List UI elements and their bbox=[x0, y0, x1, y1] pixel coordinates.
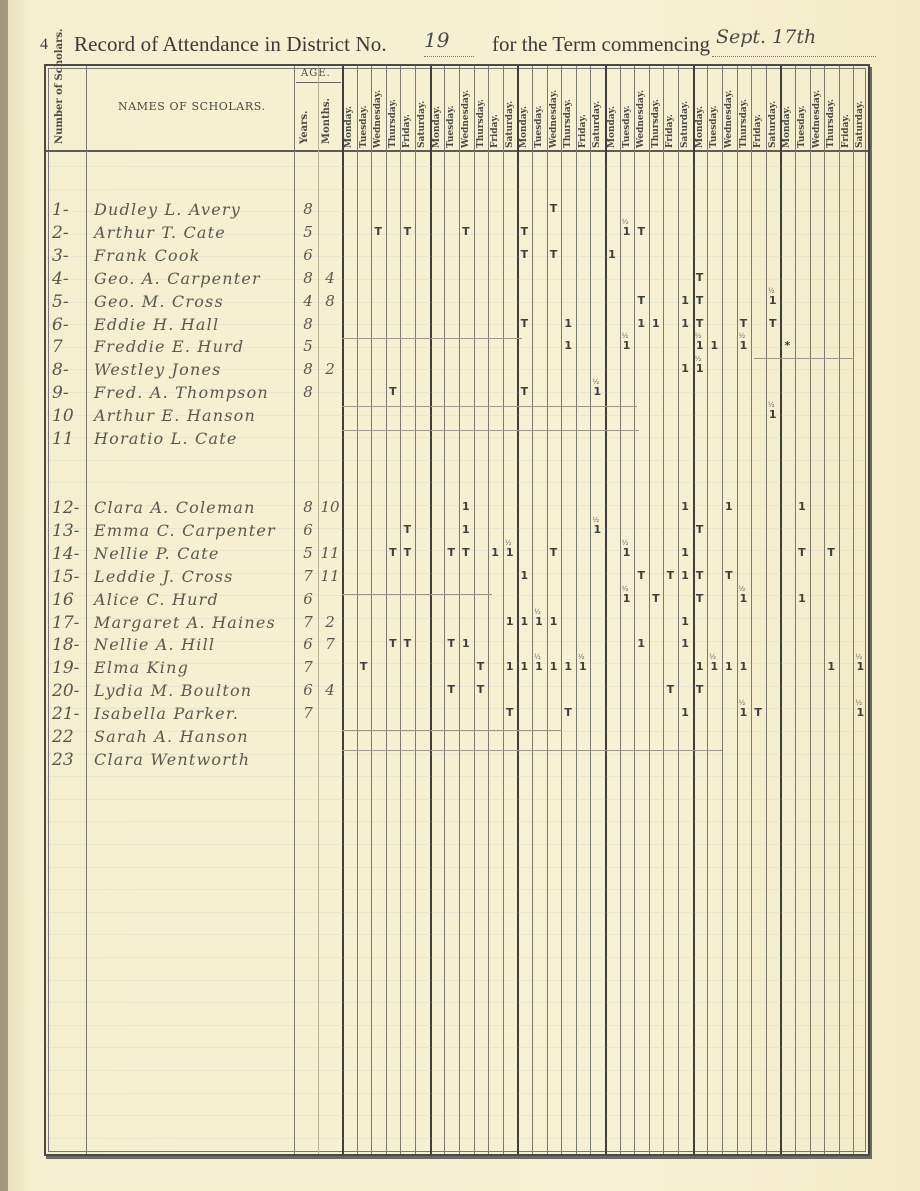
scholar-name: Eddie H. Hall bbox=[94, 315, 219, 334]
day-rule bbox=[678, 66, 679, 1154]
tardy-mark: T bbox=[517, 225, 531, 238]
tardy-mark: T bbox=[444, 546, 458, 559]
age-years: 8 bbox=[298, 200, 318, 218]
scholar-name: Westley Jones bbox=[94, 360, 222, 379]
absence-mark: 1½ bbox=[766, 408, 780, 421]
day-header-wednesday: Wednesday. bbox=[548, 70, 560, 148]
age-years: 6 bbox=[298, 635, 318, 653]
years-column-rule bbox=[318, 66, 319, 1154]
absence-mark: 1 bbox=[517, 660, 531, 673]
page-header: 4 Record of Attendance in District No. 1… bbox=[40, 30, 870, 64]
day-rule bbox=[561, 66, 562, 1154]
absence-mark: * bbox=[780, 339, 794, 352]
day-header-saturday: Saturday. bbox=[504, 70, 516, 148]
tardy-mark: T bbox=[547, 546, 561, 559]
pencil-rule bbox=[754, 358, 854, 359]
months-header: Months. bbox=[321, 90, 332, 144]
scholar-number: 9- bbox=[52, 383, 88, 403]
tardy-mark: T bbox=[693, 683, 707, 696]
scholar-number: 6- bbox=[52, 315, 88, 335]
age-months: 2 bbox=[320, 613, 340, 631]
absence-mark: 1½ bbox=[590, 523, 604, 536]
scholar-number: 10 bbox=[52, 406, 88, 426]
scholar-number: 5- bbox=[52, 292, 88, 312]
half-day-note: ½ bbox=[622, 539, 629, 547]
attendance-table: Number of Scholars. NAMES OF SCHOLARS. A… bbox=[44, 64, 870, 1156]
age-years: 7 bbox=[298, 658, 318, 676]
faint-grid-line bbox=[46, 482, 868, 483]
day-rule bbox=[707, 66, 708, 1154]
day-rule bbox=[737, 66, 738, 1154]
age-months: 8 bbox=[320, 292, 340, 310]
day-header-saturday: Saturday. bbox=[416, 70, 428, 148]
scholar-name: Leddie J. Cross bbox=[94, 567, 234, 586]
day-rule bbox=[547, 66, 548, 1154]
absence-mark: 1 bbox=[605, 248, 619, 261]
page-binding-shadow bbox=[0, 0, 8, 1191]
absence-mark: 1 bbox=[678, 706, 692, 719]
half-day-note: ½ bbox=[695, 332, 702, 340]
pencil-rule bbox=[342, 430, 639, 431]
day-rule bbox=[488, 66, 489, 1154]
age-years: 8 bbox=[298, 498, 318, 516]
absence-mark: 1 bbox=[488, 546, 502, 559]
scholar-name: Isabella Parker. bbox=[94, 704, 239, 723]
day-header-tuesday: Tuesday. bbox=[533, 70, 545, 148]
day-rule bbox=[415, 66, 416, 1154]
tardy-mark: T bbox=[766, 317, 780, 330]
faint-grid-line bbox=[46, 980, 868, 981]
scholar-number: 4- bbox=[52, 269, 88, 289]
day-header-monday: Monday. bbox=[518, 70, 530, 148]
scholar-name: Margaret A. Haines bbox=[94, 613, 276, 632]
day-header-thursday: Thursday. bbox=[387, 70, 399, 148]
day-rule bbox=[663, 66, 664, 1154]
day-header-saturday: Saturday. bbox=[591, 70, 603, 148]
page-number: 4 bbox=[40, 36, 48, 54]
tardy-mark: T bbox=[751, 706, 765, 719]
scholar-number: 7 bbox=[52, 337, 88, 357]
absence-mark: 1 bbox=[795, 500, 809, 513]
half-day-note: ½ bbox=[739, 332, 746, 340]
age-years: 6 bbox=[298, 521, 318, 539]
scholar-number: 13- bbox=[52, 521, 88, 541]
tardy-mark: T bbox=[400, 637, 414, 650]
absence-mark: 1½ bbox=[707, 660, 721, 673]
age-months: 10 bbox=[320, 498, 340, 516]
day-header-thursday: Thursday. bbox=[738, 70, 750, 148]
page-title: Record of Attendance in District No. bbox=[74, 32, 387, 57]
absence-mark: 1 bbox=[517, 615, 531, 628]
absence-mark: 1 bbox=[678, 615, 692, 628]
absence-mark: 1 bbox=[795, 592, 809, 605]
day-rule bbox=[649, 66, 650, 1154]
absence-mark: 1 bbox=[517, 569, 531, 582]
absence-mark: 1 bbox=[678, 637, 692, 650]
faint-grid-line bbox=[46, 844, 868, 845]
faint-grid-line bbox=[46, 1070, 868, 1071]
half-day-note: ½ bbox=[768, 287, 775, 295]
day-header-friday: Friday. bbox=[401, 70, 413, 148]
tardy-mark: T bbox=[634, 225, 648, 238]
absence-mark: 1½ bbox=[590, 385, 604, 398]
scholar-number: 21- bbox=[52, 704, 88, 724]
scholar-name: Frank Cook bbox=[94, 246, 201, 265]
scholar-name: Clara Wentworth bbox=[94, 750, 250, 769]
tardy-mark: T bbox=[737, 317, 751, 330]
half-day-note: ½ bbox=[534, 608, 541, 616]
day-rule bbox=[810, 66, 811, 1154]
tardy-mark: T bbox=[474, 660, 488, 673]
scholar-name: Nellie A. Hill bbox=[94, 635, 215, 654]
tardy-mark: T bbox=[400, 523, 414, 536]
age-years: 6 bbox=[298, 681, 318, 699]
half-day-note: ½ bbox=[855, 699, 862, 707]
absence-mark: 1½ bbox=[620, 339, 634, 352]
scholar-number: 14- bbox=[52, 544, 88, 564]
week-rule bbox=[430, 66, 432, 1154]
day-header-monday: Monday. bbox=[694, 70, 706, 148]
header-rule bbox=[46, 150, 868, 152]
absence-mark: 1½ bbox=[853, 660, 867, 673]
tardy-mark: T bbox=[663, 569, 677, 582]
faint-grid-line bbox=[46, 460, 868, 461]
day-header-tuesday: Tuesday. bbox=[358, 70, 370, 148]
day-rule bbox=[795, 66, 796, 1154]
day-rule bbox=[357, 66, 358, 1154]
tardy-mark: T bbox=[386, 546, 400, 559]
day-header-thursday: Thursday. bbox=[825, 70, 837, 148]
age-years: 6 bbox=[298, 590, 318, 608]
half-day-note: ½ bbox=[622, 585, 629, 593]
scholar-name: Sarah A. Hanson bbox=[94, 727, 249, 746]
absence-mark: 1 bbox=[737, 660, 751, 673]
names-column-rule bbox=[294, 66, 295, 1154]
day-header-saturday: Saturday. bbox=[854, 70, 866, 148]
age-years: 8 bbox=[298, 383, 318, 401]
tardy-mark: T bbox=[357, 660, 371, 673]
faint-grid-line bbox=[46, 1138, 868, 1139]
scholar-name: Clara A. Coleman bbox=[94, 498, 256, 517]
tardy-mark: T bbox=[444, 637, 458, 650]
day-header-friday: Friday. bbox=[664, 70, 676, 148]
day-header-saturday: Saturday. bbox=[679, 70, 691, 148]
absence-mark: 1½ bbox=[766, 294, 780, 307]
tardy-mark: T bbox=[634, 294, 648, 307]
scholar-name: Arthur E. Hanson bbox=[94, 406, 256, 425]
day-header-friday: Friday. bbox=[752, 70, 764, 148]
absence-mark: 1 bbox=[678, 546, 692, 559]
absence-mark: 1½ bbox=[737, 706, 751, 719]
day-header-tuesday: Tuesday. bbox=[708, 70, 720, 148]
absence-mark: 1 bbox=[561, 660, 575, 673]
scholar-number: 1- bbox=[52, 200, 88, 220]
faint-grid-line bbox=[46, 776, 868, 777]
faint-grid-line bbox=[46, 1025, 868, 1026]
scholar-number: 20- bbox=[52, 681, 88, 701]
absence-mark: 1½ bbox=[853, 706, 867, 719]
age-years: 4 bbox=[298, 292, 318, 310]
tardy-mark: T bbox=[693, 569, 707, 582]
scholar-number: 8- bbox=[52, 360, 88, 380]
absence-mark: 1 bbox=[503, 660, 517, 673]
tardy-mark: T bbox=[693, 523, 707, 536]
absence-mark: 1 bbox=[678, 362, 692, 375]
half-day-note: ½ bbox=[578, 653, 585, 661]
day-header-friday: Friday. bbox=[840, 70, 852, 148]
day-rule bbox=[853, 66, 854, 1154]
faint-grid-line bbox=[46, 799, 868, 800]
scholar-number: 17- bbox=[52, 613, 88, 633]
absence-mark: 1 bbox=[707, 339, 721, 352]
week-rule bbox=[342, 66, 344, 1154]
scholar-name: Elma King bbox=[94, 658, 189, 677]
faint-grid-line bbox=[46, 957, 868, 958]
term-start-field: Sept. 17th bbox=[712, 26, 876, 57]
faint-grid-line bbox=[46, 934, 868, 935]
faint-grid-line bbox=[46, 189, 868, 190]
absence-mark: 1 bbox=[678, 294, 692, 307]
pencil-rule bbox=[342, 338, 522, 339]
tardy-mark: T bbox=[474, 683, 488, 696]
faint-grid-line bbox=[46, 912, 868, 913]
day-rule bbox=[751, 66, 752, 1154]
age-years: 5 bbox=[298, 223, 318, 241]
faint-grid-line bbox=[46, 1093, 868, 1094]
tardy-mark: T bbox=[400, 225, 414, 238]
absence-mark: 1 bbox=[824, 660, 838, 673]
age-months: 11 bbox=[320, 567, 340, 585]
half-day-note: ½ bbox=[709, 653, 716, 661]
day-header-wednesday: Wednesday. bbox=[723, 70, 735, 148]
pencil-rule bbox=[342, 406, 637, 407]
day-rule bbox=[824, 66, 825, 1154]
absence-mark: 1 bbox=[561, 317, 575, 330]
week-rule bbox=[605, 66, 607, 1154]
day-rule bbox=[503, 66, 504, 1154]
tardy-mark: T bbox=[459, 225, 473, 238]
age-months: 11 bbox=[320, 544, 340, 562]
tardy-mark: T bbox=[824, 546, 838, 559]
tardy-mark: T bbox=[722, 569, 736, 582]
district-number-field: 19 bbox=[424, 28, 474, 57]
age-years: 8 bbox=[298, 360, 318, 378]
absence-mark: 1 bbox=[693, 660, 707, 673]
absence-mark: 1 bbox=[459, 637, 473, 650]
pencil-rule bbox=[342, 750, 722, 751]
scholar-name: Nellie P. Cate bbox=[94, 544, 220, 563]
faint-grid-line bbox=[46, 1115, 868, 1116]
tardy-mark: T bbox=[371, 225, 385, 238]
absence-mark: 1½ bbox=[620, 546, 634, 559]
tardy-mark: T bbox=[400, 546, 414, 559]
absence-mark: 1½ bbox=[693, 339, 707, 352]
day-header-wednesday: Wednesday. bbox=[811, 70, 823, 148]
scholar-number: 19- bbox=[52, 658, 88, 678]
day-header-monday: Monday. bbox=[606, 70, 618, 148]
half-day-note: ½ bbox=[855, 653, 862, 661]
years-header: Years. bbox=[299, 90, 310, 144]
scholar-number: 16 bbox=[52, 590, 88, 610]
age-years: 8 bbox=[298, 269, 318, 287]
day-header-monday: Monday. bbox=[343, 70, 355, 148]
day-header-wednesday: Wednesday. bbox=[635, 70, 647, 148]
week-rule bbox=[693, 66, 695, 1154]
absence-mark: 1½ bbox=[620, 592, 634, 605]
tardy-mark: T bbox=[459, 546, 473, 559]
faint-grid-line bbox=[46, 867, 868, 868]
day-header-thursday: Thursday. bbox=[475, 70, 487, 148]
scholar-name: Emma C. Carpenter bbox=[94, 521, 276, 540]
age-years: 6 bbox=[298, 246, 318, 264]
scholar-name: Arthur T. Cate bbox=[94, 223, 226, 242]
age-years: 5 bbox=[298, 337, 318, 355]
faint-grid-line bbox=[46, 821, 868, 822]
day-header-friday: Friday. bbox=[577, 70, 589, 148]
day-header-wednesday: Wednesday. bbox=[372, 70, 384, 148]
absence-mark: 1 bbox=[503, 615, 517, 628]
day-header-monday: Monday. bbox=[781, 70, 793, 148]
scholar-name: Lydia M. Boulton bbox=[94, 681, 252, 700]
age-months: 7 bbox=[320, 635, 340, 653]
absence-mark: 1 bbox=[722, 500, 736, 513]
day-header-friday: Friday. bbox=[489, 70, 501, 148]
day-rule bbox=[386, 66, 387, 1154]
absence-mark: 1 bbox=[722, 660, 736, 673]
day-rule bbox=[444, 66, 445, 1154]
day-header-thursday: Thursday. bbox=[650, 70, 662, 148]
scholar-number: 2- bbox=[52, 223, 88, 243]
faint-grid-line bbox=[46, 1002, 868, 1003]
absence-mark: 1½ bbox=[532, 660, 546, 673]
pencil-rule bbox=[342, 730, 562, 731]
day-header-tuesday: Tuesday. bbox=[445, 70, 457, 148]
absence-mark: 1½ bbox=[737, 339, 751, 352]
age-years: 7 bbox=[298, 567, 318, 585]
absence-mark: 1 bbox=[547, 615, 561, 628]
absence-mark: 1½ bbox=[620, 225, 634, 238]
week-rule bbox=[868, 66, 870, 1154]
absence-mark: 1 bbox=[459, 500, 473, 513]
tardy-mark: T bbox=[693, 317, 707, 330]
absence-mark: 1 bbox=[678, 317, 692, 330]
number-of-scholars-header: Number of Scholars. bbox=[54, 76, 65, 144]
tardy-mark: T bbox=[795, 546, 809, 559]
half-day-note: ½ bbox=[622, 218, 629, 226]
absence-mark: 1½ bbox=[576, 660, 590, 673]
tardy-mark: T bbox=[693, 271, 707, 284]
absence-mark: 1 bbox=[634, 637, 648, 650]
day-rule bbox=[722, 66, 723, 1154]
half-day-note: ½ bbox=[695, 355, 702, 363]
age-months: 4 bbox=[320, 681, 340, 699]
scholar-number: 22 bbox=[52, 727, 88, 747]
tardy-mark: T bbox=[634, 569, 648, 582]
day-header-saturday: Saturday. bbox=[767, 70, 779, 148]
absence-mark: 1 bbox=[547, 660, 561, 673]
scholar-number: 18- bbox=[52, 635, 88, 655]
age-months: 4 bbox=[320, 269, 340, 287]
age-years: 5 bbox=[298, 544, 318, 562]
names-header: NAMES OF SCHOLARS. bbox=[118, 100, 266, 113]
scholar-name: Dudley L. Avery bbox=[94, 200, 241, 219]
scholar-name: Horatio L. Cate bbox=[94, 429, 238, 448]
absence-mark: 1 bbox=[649, 317, 663, 330]
half-day-note: ½ bbox=[592, 378, 599, 386]
day-rule bbox=[766, 66, 767, 1154]
tardy-mark: T bbox=[693, 592, 707, 605]
scholar-number: 11 bbox=[52, 429, 88, 449]
scholar-name: Geo. A. Carpenter bbox=[94, 269, 261, 288]
scholar-number: 23 bbox=[52, 750, 88, 770]
absence-mark: 1 bbox=[459, 523, 473, 536]
half-day-note: ½ bbox=[739, 585, 746, 593]
scholar-number: 15- bbox=[52, 567, 88, 587]
absence-mark: 1½ bbox=[737, 592, 751, 605]
absence-mark: 1 bbox=[678, 500, 692, 513]
faint-grid-line bbox=[46, 166, 868, 167]
day-header-thursday: Thursday. bbox=[562, 70, 574, 148]
day-rule bbox=[590, 66, 591, 1154]
tardy-mark: T bbox=[517, 317, 531, 330]
day-header-tuesday: Tuesday. bbox=[796, 70, 808, 148]
half-day-note: ½ bbox=[768, 401, 775, 409]
tardy-mark: T bbox=[386, 385, 400, 398]
tardy-mark: T bbox=[547, 248, 561, 261]
absence-mark: 1½ bbox=[532, 615, 546, 628]
pencil-rule bbox=[342, 594, 492, 595]
scholar-name: Geo. M. Cross bbox=[94, 292, 224, 311]
tardy-mark: T bbox=[663, 683, 677, 696]
tardy-mark: T bbox=[693, 294, 707, 307]
absence-mark: 1 bbox=[561, 339, 575, 352]
tardy-mark: T bbox=[517, 385, 531, 398]
absence-mark: 1½ bbox=[693, 362, 707, 375]
tardy-mark: T bbox=[649, 592, 663, 605]
half-day-note: ½ bbox=[622, 332, 629, 340]
age-months: 2 bbox=[320, 360, 340, 378]
faint-grid-line bbox=[46, 1047, 868, 1048]
scholar-number: 12- bbox=[52, 498, 88, 518]
day-header-wednesday: Wednesday. bbox=[460, 70, 472, 148]
absence-mark: 1 bbox=[634, 317, 648, 330]
week-rule bbox=[780, 66, 782, 1154]
age-years: 8 bbox=[298, 315, 318, 333]
age-header: AGE. bbox=[301, 68, 331, 79]
age-years: 7 bbox=[298, 704, 318, 722]
term-label: for the Term commencing bbox=[492, 32, 710, 57]
day-header-monday: Monday. bbox=[431, 70, 443, 148]
day-rule bbox=[576, 66, 577, 1154]
absence-mark: 1 bbox=[678, 569, 692, 582]
half-day-note: ½ bbox=[739, 699, 746, 707]
day-rule bbox=[839, 66, 840, 1154]
half-day-note: ½ bbox=[505, 539, 512, 547]
age-years: 7 bbox=[298, 613, 318, 631]
tardy-mark: T bbox=[386, 637, 400, 650]
tardy-mark: T bbox=[547, 202, 561, 215]
faint-grid-line bbox=[46, 889, 868, 890]
scholar-name: Alice C. Hurd bbox=[94, 590, 219, 609]
absence-mark: 1½ bbox=[503, 546, 517, 559]
scholar-number: 3- bbox=[52, 246, 88, 266]
day-header-tuesday: Tuesday. bbox=[621, 70, 633, 148]
day-rule bbox=[532, 66, 533, 1154]
scholar-name: Freddie E. Hurd bbox=[94, 337, 244, 356]
day-rule bbox=[474, 66, 475, 1154]
tardy-mark: T bbox=[503, 706, 517, 719]
half-day-note: ½ bbox=[592, 516, 599, 524]
